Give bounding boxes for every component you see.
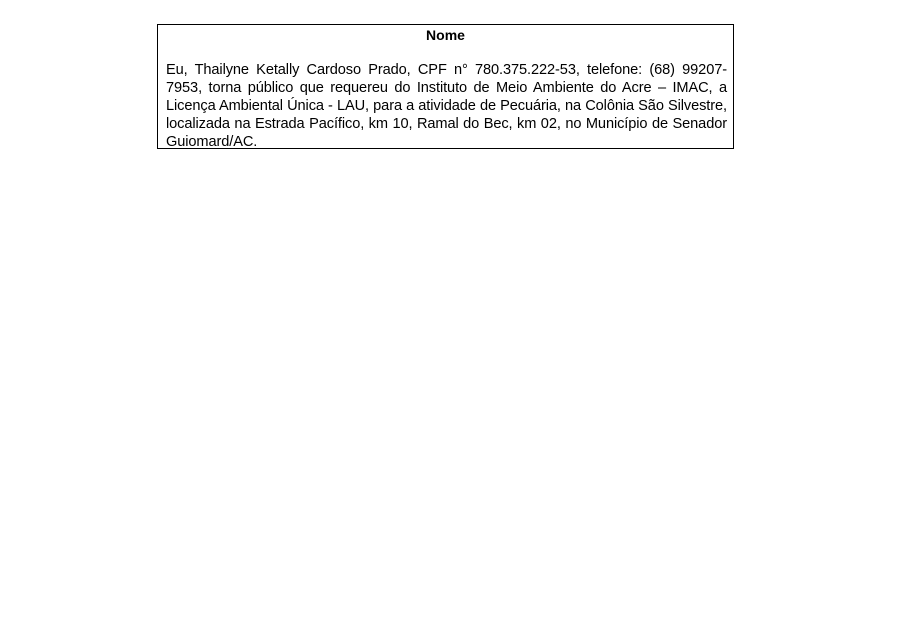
notice-body-text: Eu, Thailyne Ketally Cardoso Prado, CPF … <box>166 61 727 151</box>
public-notice-box: Nome Eu, Thailyne Ketally Cardoso Prado,… <box>157 24 734 149</box>
notice-title: Nome <box>158 27 733 44</box>
